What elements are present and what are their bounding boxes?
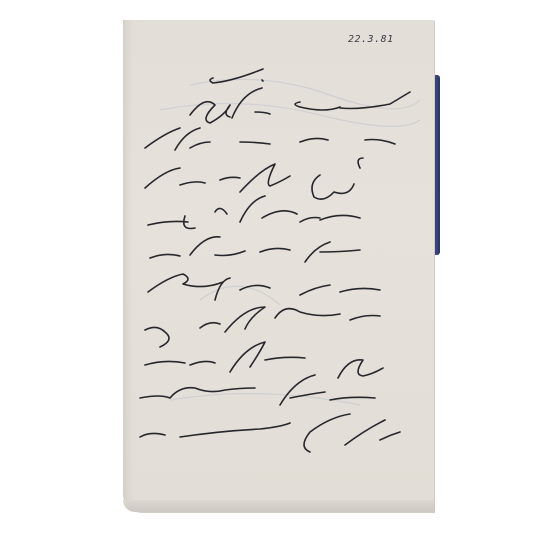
handwriting bbox=[0, 0, 550, 550]
